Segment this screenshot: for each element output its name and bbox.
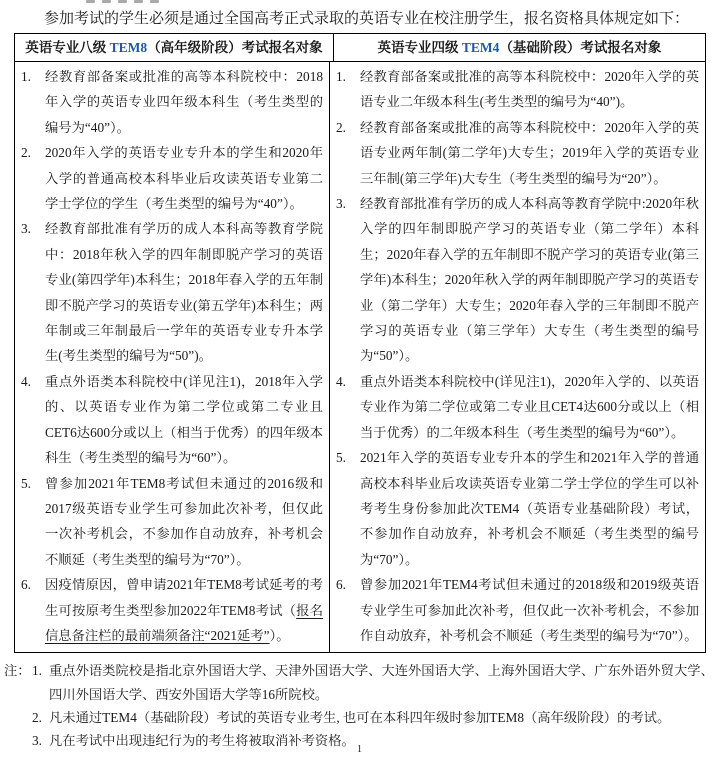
item-number: 2.: [336, 115, 360, 191]
item-text: 经教育部备案或批准的高等本科院校中：2020年入学的英语专业二年级本科生(考生类…: [360, 64, 699, 115]
item-number: 4.: [336, 369, 360, 445]
item-number: 6.: [336, 572, 360, 648]
item-text: 经教育部批准有学历的成人本科高等教育学院中:2020年秋入学的四年制即脱产学习的…: [360, 191, 699, 369]
notes-section: 注： 1. 重点外语类院校是指北京外国语大学、天津外国语大学、大连外国语大学、上…: [4, 659, 717, 752]
tem8-item-5: 5. 曾参加2021年TEM8考试但未通过的2016级和2017级英语专业学生可…: [21, 471, 323, 573]
tem8-item-4: 4. 重点外语类本科院校中(详见注1)，2018年入学的、以英语专业作为第二学位…: [21, 369, 323, 471]
note-text: 凡未通过TEM4（基础阶段）考试的英语专业考生, 也可在本科四年级时参加TEM8…: [49, 706, 717, 729]
item-number: 3.: [336, 191, 360, 369]
note-text: 重点外语类院校是指北京外国语大学、天津外国语大学、大连外国语大学、上海外国语大学…: [49, 659, 717, 705]
eligibility-table: 英语专业八级 TEM8（高年级阶段）考试报名对象 英语专业四级 TEM4（基础阶…: [14, 33, 706, 653]
item-text: 经教育部批准有学历的成人本科高等教育学院中：2018年秋入学的四年制即脱产学习的…: [45, 216, 323, 368]
clipped-text-fragment: [86, 0, 159, 4]
item-number: 4.: [21, 369, 45, 471]
tem8-requirements-list: 1. 经教育部备案或批准的高等本科院校中：2018年入学的英语专业四年级本科生（…: [15, 62, 330, 652]
item-number: 3.: [21, 216, 45, 368]
item-text: 曾参加2021年TEM4考试但未通过的2018级和2019级英语专业学生可参加此…: [360, 572, 699, 648]
note-item-1: 1. 重点外语类院校是指北京外国语大学、天津外国语大学、大连外国语大学、上海外国…: [32, 659, 717, 705]
item-number: 6.: [21, 572, 45, 648]
item-text-segment: 因疫情原因，曾申请2021年TEM8考试延考的考生可按原考生类型参加2022年T…: [45, 577, 323, 617]
tem8-item-1: 1. 经教育部备案或批准的高等本科院校中：2018年入学的英语专业四年级本科生（…: [21, 64, 323, 140]
item-number: 1.: [336, 64, 360, 115]
table-header-row: 英语专业八级 TEM8（高年级阶段）考试报名对象 英语专业四级 TEM4（基础阶…: [15, 34, 705, 62]
item-text: 曾参加2021年TEM8考试但未通过的2016级和2017级英语专业学生可参加此…: [45, 471, 323, 573]
tem4-item-2: 2. 经教育部备案或批准的高等本科院校中：2020年入学的英语专业两年制(第二学…: [336, 115, 699, 191]
tem8-item-3: 3. 经教育部批准有学历的成人本科高等教育学院中：2018年秋入学的四年制即脱产…: [21, 216, 323, 368]
notes-list: 1. 重点外语类院校是指北京外国语大学、天津外国语大学、大连外国语大学、上海外国…: [32, 659, 717, 752]
tem4-item-4: 4. 重点外语类本科院校中(详见注1)，2020年入学的、以英语专业作为第二学位…: [336, 369, 699, 445]
item-text: 因疫情原因，曾申请2021年TEM8考试延考的考生可按原考生类型参加2022年T…: [45, 572, 323, 648]
item-text: 重点外语类本科院校中(详见注1)，2020年入学的、以英语专业作为第二学位或第二…: [360, 369, 699, 445]
item-text: 经教育部备案或批准的高等本科院校中：2018年入学的英语专业四年级本科生（考生类…: [45, 64, 323, 140]
note-item-2: 2. 凡未通过TEM4（基础阶段）考试的英语专业考生, 也可在本科四年级时参加T…: [32, 706, 717, 729]
tem8-item-2: 2. 2020年入学的英语专业专升本的学生和2020年入学的普通高校本科毕业后攻…: [21, 140, 323, 216]
tem4-requirements-list: 1. 经教育部备案或批准的高等本科院校中：2020年入学的英语专业二年级本科生(…: [330, 62, 705, 652]
page-number: 1: [0, 744, 719, 755]
notes-label: 注：: [4, 659, 32, 752]
item-number: 5.: [336, 445, 360, 572]
table-body-row: 1. 经教育部备案或批准的高等本科院校中：2018年入学的英语专业四年级本科生（…: [15, 62, 705, 652]
header-text: 英语专业四级: [378, 40, 462, 55]
intro-paragraph: 参加考试的学生必须是通过全国高考正式录取的英语专业在校注册学生，报名资格具体规定…: [14, 9, 705, 30]
tem4-item-1: 1. 经教育部备案或批准的高等本科院校中：2020年入学的英语专业二年级本科生(…: [336, 64, 699, 115]
item-text: 重点外语类本科院校中(详见注1)，2018年入学的、以英语专业作为第二学位或第二…: [45, 369, 323, 471]
table-header-tem8: 英语专业八级 TEM8（高年级阶段）考试报名对象: [15, 34, 334, 61]
tem4-item-5: 5. 2021年入学的英语专业专升本的学生和2021年入学的普通高校本科毕业后攻…: [336, 445, 699, 572]
item-text: 2021年入学的英语专业专升本的学生和2021年入学的普通高校本科毕业后攻读英语…: [360, 445, 699, 572]
tem4-code: TEM4: [462, 40, 500, 55]
document-page: 参加考试的学生必须是通过全国高考正式录取的英语专业在校注册学生，报名资格具体规定…: [0, 0, 719, 761]
header-text: （基础阶段）考试报名对象: [499, 40, 661, 55]
item-text: 经教育部备案或批准的高等本科院校中：2020年入学的英语专业两年制(第二学年)大…: [360, 115, 699, 191]
item-text-segment: ）。: [270, 628, 290, 643]
note-number: 2.: [32, 706, 49, 729]
header-text: 英语专业八级: [25, 40, 109, 55]
tem8-code: TEM8: [110, 40, 148, 55]
tem4-item-3: 3. 经教育部批准有学历的成人本科高等教育学院中:2020年秋入学的四年制即脱产…: [336, 191, 699, 369]
item-number: 1.: [21, 64, 45, 140]
tem8-item-6: 6. 因疫情原因，曾申请2021年TEM8考试延考的考生可按原考生类型参加202…: [21, 572, 323, 648]
item-text: 2020年入学的英语专业专升本的学生和2020年入学的普通高校本科毕业后攻读英语…: [45, 140, 323, 216]
item-number: 5.: [21, 471, 45, 573]
item-number: 2.: [21, 140, 45, 216]
tem4-item-6: 6. 曾参加2021年TEM4考试但未通过的2018级和2019级英语专业学生可…: [336, 572, 699, 648]
table-header-tem4: 英语专业四级 TEM4（基础阶段）考试报名对象: [334, 34, 705, 61]
note-number: 1.: [32, 659, 49, 705]
header-text: （高年级阶段）考试报名对象: [147, 40, 323, 55]
